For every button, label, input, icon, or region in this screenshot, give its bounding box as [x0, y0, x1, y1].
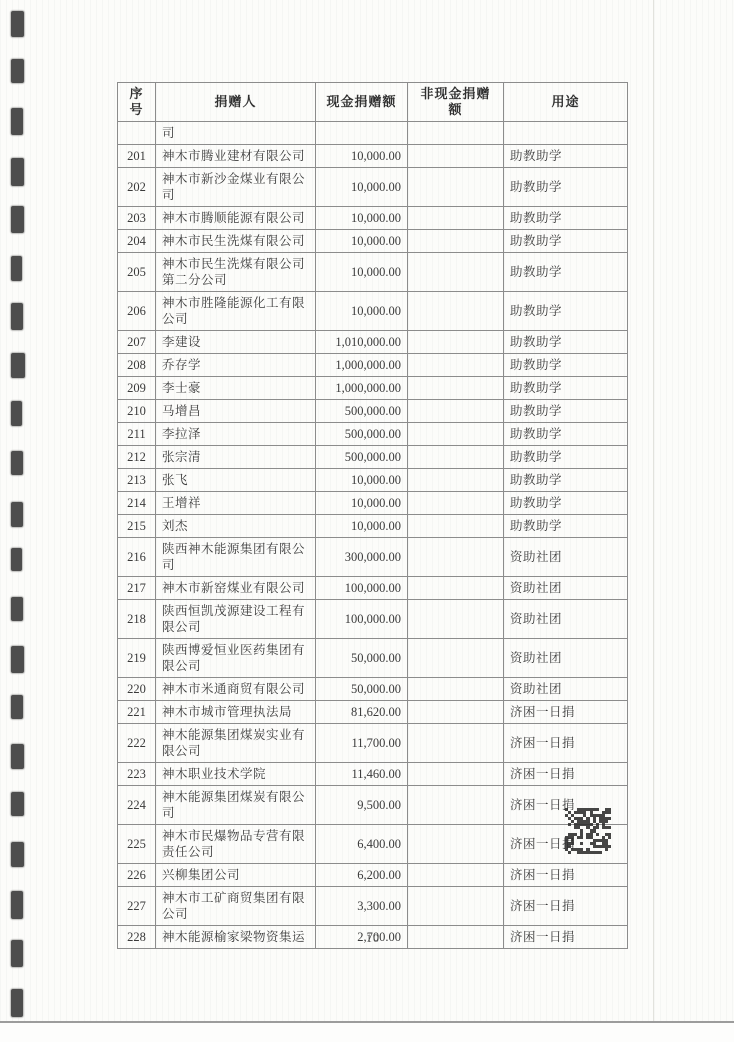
- binding-mark: [11, 206, 24, 232]
- cell-purpose: 资助社团: [504, 577, 628, 600]
- scanner-background: [0, 1023, 734, 1042]
- binding-mark: [11, 646, 24, 672]
- table-row: 218 陕西恒凯茂源建设工程有限公司 100,000.00 资助社团: [118, 600, 628, 639]
- cell-donor-name: 神木市腾顺能源有限公司: [156, 207, 316, 230]
- binding-mark: [11, 108, 23, 135]
- cell-donor-name: 乔存学: [156, 354, 316, 377]
- cell-noncash-amount: [408, 600, 504, 639]
- cell-donor-name: 神木市腾业建材有限公司: [156, 145, 316, 168]
- table-row: 206 神木市胜隆能源化工有限公司 10,000.00 助教助学: [118, 292, 628, 331]
- cell-serial-number: 211: [118, 423, 156, 446]
- cell-purpose: 助教助学: [504, 207, 628, 230]
- cell-donor-name: 神木能源榆家梁物资集运: [156, 926, 316, 949]
- binding-mark: [11, 842, 24, 866]
- cell-donor-name: 神木能源集团煤炭有限公司: [156, 786, 316, 825]
- cell-serial-number: 216: [118, 538, 156, 577]
- table-row: 224 神木能源集团煤炭有限公司 9,500.00 济困一日捐: [118, 786, 628, 825]
- cell-donor-name: 神木市城市管理执法局: [156, 701, 316, 724]
- table-row: 217 神木市新窑煤业有限公司 100,000.00 资助社团: [118, 577, 628, 600]
- cell-cash-amount: 10,000.00: [316, 168, 408, 207]
- cell-cash-amount: 100,000.00: [316, 577, 408, 600]
- table-row: 225 神木市民爆物品专营有限责任公司 6,400.00 济困一日捐: [118, 825, 628, 864]
- cell-purpose: 助教助学: [504, 446, 628, 469]
- table-row: 221 神木市城市管理执法局 81,620.00 济困一日捐: [118, 701, 628, 724]
- cell-cash-amount: 500,000.00: [316, 400, 408, 423]
- cell-purpose: 助教助学: [504, 377, 628, 400]
- cell-donor-name: 张飞: [156, 469, 316, 492]
- cell-noncash-amount: [408, 354, 504, 377]
- cell-purpose: 助教助学: [504, 168, 628, 207]
- cell-noncash-amount: [408, 230, 504, 253]
- cell-purpose: 助教助学: [504, 145, 628, 168]
- binding-mark: [11, 451, 23, 475]
- binding-mark: [11, 792, 24, 816]
- cell-cash-amount: 81,620.00: [316, 701, 408, 724]
- cell-purpose: 资助社团: [504, 600, 628, 639]
- cell-cash-amount: 1,000,000.00: [316, 377, 408, 400]
- table-row: 213 张飞 10,000.00 助教助学: [118, 469, 628, 492]
- cell-serial-number: 210: [118, 400, 156, 423]
- paper-edge-crease: [653, 0, 654, 1021]
- donation-table-header: 序号 捐赠人 现金捐赠额 非现金捐赠额 用途: [118, 83, 628, 122]
- cell-noncash-amount: [408, 825, 504, 864]
- table-row: 212 张宗清 500,000.00 助教助学: [118, 446, 628, 469]
- binding-mark: [11, 695, 23, 719]
- binding-mark: [11, 989, 23, 1017]
- cell-donor-name: 陕西博爱恒业医药集团有限公司: [156, 639, 316, 678]
- cell-serial-number: 228: [118, 926, 156, 949]
- table-row: 209 李士豪 1,000,000.00 助教助学: [118, 377, 628, 400]
- cell-cash-amount: 3,300.00: [316, 887, 408, 926]
- cell-cash-amount: 500,000.00: [316, 446, 408, 469]
- cell-donor-name: 陕西神木能源集团有限公司: [156, 538, 316, 577]
- cell-cash-amount: 10,000.00: [316, 515, 408, 538]
- table-row: 202 神木市新沙金煤业有限公司 10,000.00 助教助学: [118, 168, 628, 207]
- binding-mark: [11, 158, 24, 186]
- table-row: 司: [118, 122, 628, 145]
- cell-cash-amount: 10,000.00: [316, 207, 408, 230]
- binding-mark: [11, 401, 22, 426]
- binding-mark: [11, 548, 22, 571]
- cell-donor-name: 神木市工矿商贸集团有限公司: [156, 887, 316, 926]
- cell-purpose: 资助社团: [504, 678, 628, 701]
- cell-donor-name: 神木职业技术学院: [156, 763, 316, 786]
- cell-serial-number: 218: [118, 600, 156, 639]
- header-noncash-amount: 非现金捐赠额: [408, 83, 504, 122]
- cell-serial-number: 204: [118, 230, 156, 253]
- cell-cash-amount: 500,000.00: [316, 423, 408, 446]
- binding-mark: [11, 502, 23, 527]
- cell-noncash-amount: [408, 207, 504, 230]
- cell-serial-number: 214: [118, 492, 156, 515]
- table-row: 205 神木市民生洗煤有限公司第二分公司 10,000.00 助教助学: [118, 253, 628, 292]
- cell-serial-number: 227: [118, 887, 156, 926]
- cell-noncash-amount: [408, 446, 504, 469]
- binding-mark: [11, 891, 23, 918]
- binding-mark: [11, 256, 22, 281]
- table-row: 222 神木能源集团煤炭实业有限公司 11,700.00 济困一日捐: [118, 724, 628, 763]
- cell-serial-number: 220: [118, 678, 156, 701]
- cell-noncash-amount: [408, 724, 504, 763]
- cell-donor-name: 神木能源集团煤炭实业有限公司: [156, 724, 316, 763]
- cell-noncash-amount: [408, 400, 504, 423]
- cell-cash-amount: 1,010,000.00: [316, 331, 408, 354]
- binding-mark: [11, 597, 23, 621]
- table-row: 201 神木市腾业建材有限公司 10,000.00 助教助学: [118, 145, 628, 168]
- cell-serial-number: 202: [118, 168, 156, 207]
- cell-cash-amount: 10,000.00: [316, 253, 408, 292]
- cell-serial-number: 213: [118, 469, 156, 492]
- table-row: 208 乔存学 1,000,000.00 助教助学: [118, 354, 628, 377]
- cell-donor-name: 司: [156, 122, 316, 145]
- cell-cash-amount: 100,000.00: [316, 600, 408, 639]
- cell-noncash-amount: [408, 538, 504, 577]
- cell-serial-number: 219: [118, 639, 156, 678]
- cell-cash-amount: 10,000.00: [316, 469, 408, 492]
- cell-cash-amount: 10,000.00: [316, 230, 408, 253]
- binding-mark: [11, 744, 24, 768]
- cell-noncash-amount: [408, 639, 504, 678]
- header-serial: 序号: [118, 83, 156, 122]
- cell-serial-number: 225: [118, 825, 156, 864]
- header-donor: 捐赠人: [156, 83, 316, 122]
- cell-purpose: 助教助学: [504, 423, 628, 446]
- header-row: 序号 捐赠人 现金捐赠额 非现金捐赠额 用途: [118, 83, 628, 122]
- table-row: 215 刘杰 10,000.00 助教助学: [118, 515, 628, 538]
- donation-table: 序号 捐赠人 现金捐赠额 非现金捐赠额 用途 司 201 神木市腾业建材有限公司…: [117, 82, 628, 949]
- table-row: 210 马增昌 500,000.00 助教助学: [118, 400, 628, 423]
- cell-donor-name: 神木市民爆物品专营有限责任公司: [156, 825, 316, 864]
- binding-mark: [11, 303, 23, 330]
- table-row: 204 神木市民生洗煤有限公司 10,000.00 助教助学: [118, 230, 628, 253]
- header-cash-amount: 现金捐赠额: [316, 83, 408, 122]
- table-row: 211 李拉泽 500,000.00 助教助学: [118, 423, 628, 446]
- cell-noncash-amount: [408, 145, 504, 168]
- cell-purpose: 助教助学: [504, 292, 628, 331]
- table-row: 227 神木市工矿商贸集团有限公司 3,300.00 济困一日捐: [118, 887, 628, 926]
- cell-serial-number: 201: [118, 145, 156, 168]
- cell-cash-amount: 50,000.00: [316, 678, 408, 701]
- cell-serial-number: 209: [118, 377, 156, 400]
- cell-purpose: 资助社团: [504, 538, 628, 577]
- table-row: 203 神木市腾顺能源有限公司 10,000.00 助教助学: [118, 207, 628, 230]
- table-row: 207 李建设 1,010,000.00 助教助学: [118, 331, 628, 354]
- cell-cash-amount: 11,460.00: [316, 763, 408, 786]
- table-row: 223 神木职业技术学院 11,460.00 济困一日捐: [118, 763, 628, 786]
- cell-purpose: 济困一日捐: [504, 864, 628, 887]
- cell-cash-amount: 10,000.00: [316, 145, 408, 168]
- cell-donor-name: 李士豪: [156, 377, 316, 400]
- cell-noncash-amount: [408, 887, 504, 926]
- cell-purpose: 资助社团: [504, 639, 628, 678]
- cell-donor-name: 马增昌: [156, 400, 316, 423]
- cell-cash-amount: 10,000.00: [316, 292, 408, 331]
- binding-mark: [11, 940, 23, 966]
- page-number: 10: [317, 931, 429, 946]
- cell-purpose: 济困一日捐: [504, 887, 628, 926]
- cell-serial-number: 207: [118, 331, 156, 354]
- cell-noncash-amount: [408, 253, 504, 292]
- cell-purpose: 济困一日捐: [504, 724, 628, 763]
- cell-donor-name: 神木市新窑煤业有限公司: [156, 577, 316, 600]
- cell-donor-name: 兴柳集团公司: [156, 864, 316, 887]
- cell-noncash-amount: [408, 701, 504, 724]
- cell-serial-number: 224: [118, 786, 156, 825]
- cell-noncash-amount: [408, 292, 504, 331]
- cell-noncash-amount: [408, 377, 504, 400]
- cell-purpose: 助教助学: [504, 515, 628, 538]
- header-purpose: 用途: [504, 83, 628, 122]
- cell-cash-amount: 10,000.00: [316, 492, 408, 515]
- cell-donor-name: 张宗清: [156, 446, 316, 469]
- cell-donor-name: 神木市米通商贸有限公司: [156, 678, 316, 701]
- cell-noncash-amount: [408, 763, 504, 786]
- cell-purpose: 济困一日捐: [504, 926, 628, 949]
- cell-serial-number: 226: [118, 864, 156, 887]
- cell-noncash-amount: [408, 423, 504, 446]
- cell-serial-number: 215: [118, 515, 156, 538]
- cell-serial-number: 205: [118, 253, 156, 292]
- cell-purpose: 助教助学: [504, 230, 628, 253]
- cell-noncash-amount: [408, 864, 504, 887]
- table-row: 226 兴柳集团公司 6,200.00 济困一日捐: [118, 864, 628, 887]
- cell-cash-amount: 9,500.00: [316, 786, 408, 825]
- cell-serial-number: 217: [118, 577, 156, 600]
- cell-purpose: 助教助学: [504, 492, 628, 515]
- table-row: 219 陕西博爱恒业医药集团有限公司 50,000.00 资助社团: [118, 639, 628, 678]
- cell-serial-number: 221: [118, 701, 156, 724]
- cell-serial-number: 223: [118, 763, 156, 786]
- cell-donor-name: 王增祥: [156, 492, 316, 515]
- cell-donor-name: 神木市胜隆能源化工有限公司: [156, 292, 316, 331]
- cell-cash-amount: 6,400.00: [316, 825, 408, 864]
- cell-serial-number: 203: [118, 207, 156, 230]
- qr-code-stamp: [565, 808, 611, 854]
- cell-donor-name: 李拉泽: [156, 423, 316, 446]
- binding-mark: [11, 353, 25, 378]
- cell-noncash-amount: [408, 122, 504, 145]
- cell-noncash-amount: [408, 678, 504, 701]
- cell-purpose: 济困一日捐: [504, 763, 628, 786]
- cell-donor-name: 神木市新沙金煤业有限公司: [156, 168, 316, 207]
- cell-donor-name: 陕西恒凯茂源建设工程有限公司: [156, 600, 316, 639]
- cell-noncash-amount: [408, 469, 504, 492]
- table-row: 220 神木市米通商贸有限公司 50,000.00 资助社团: [118, 678, 628, 701]
- donation-table-body: 司 201 神木市腾业建材有限公司 10,000.00 助教助学 202 神木市…: [118, 122, 628, 949]
- cell-cash-amount: 1,000,000.00: [316, 354, 408, 377]
- cell-noncash-amount: [408, 168, 504, 207]
- cell-noncash-amount: [408, 331, 504, 354]
- table-row: 216 陕西神木能源集团有限公司 300,000.00 资助社团: [118, 538, 628, 577]
- cell-purpose: 助教助学: [504, 469, 628, 492]
- cell-serial-number: 222: [118, 724, 156, 763]
- cell-noncash-amount: [408, 786, 504, 825]
- binding-mark: [11, 59, 24, 82]
- cell-donor-name: 神木市民生洗煤有限公司第二分公司: [156, 253, 316, 292]
- cell-serial-number: 212: [118, 446, 156, 469]
- cell-purpose: 助教助学: [504, 354, 628, 377]
- cell-cash-amount: [316, 122, 408, 145]
- binding-mark: [11, 11, 24, 37]
- cell-noncash-amount: [408, 515, 504, 538]
- cell-purpose: 助教助学: [504, 331, 628, 354]
- cell-cash-amount: 11,700.00: [316, 724, 408, 763]
- cell-cash-amount: 300,000.00: [316, 538, 408, 577]
- cell-noncash-amount: [408, 492, 504, 515]
- cell-serial-number: [118, 122, 156, 145]
- cell-purpose: [504, 122, 628, 145]
- cell-cash-amount: 50,000.00: [316, 639, 408, 678]
- cell-donor-name: 神木市民生洗煤有限公司: [156, 230, 316, 253]
- cell-purpose: 助教助学: [504, 400, 628, 423]
- cell-purpose: 助教助学: [504, 253, 628, 292]
- cell-donor-name: 刘杰: [156, 515, 316, 538]
- cell-noncash-amount: [408, 577, 504, 600]
- cell-cash-amount: 6,200.00: [316, 864, 408, 887]
- cell-serial-number: 206: [118, 292, 156, 331]
- cell-serial-number: 208: [118, 354, 156, 377]
- table-row: 214 王增祥 10,000.00 助教助学: [118, 492, 628, 515]
- cell-donor-name: 李建设: [156, 331, 316, 354]
- cell-purpose: 济困一日捐: [504, 701, 628, 724]
